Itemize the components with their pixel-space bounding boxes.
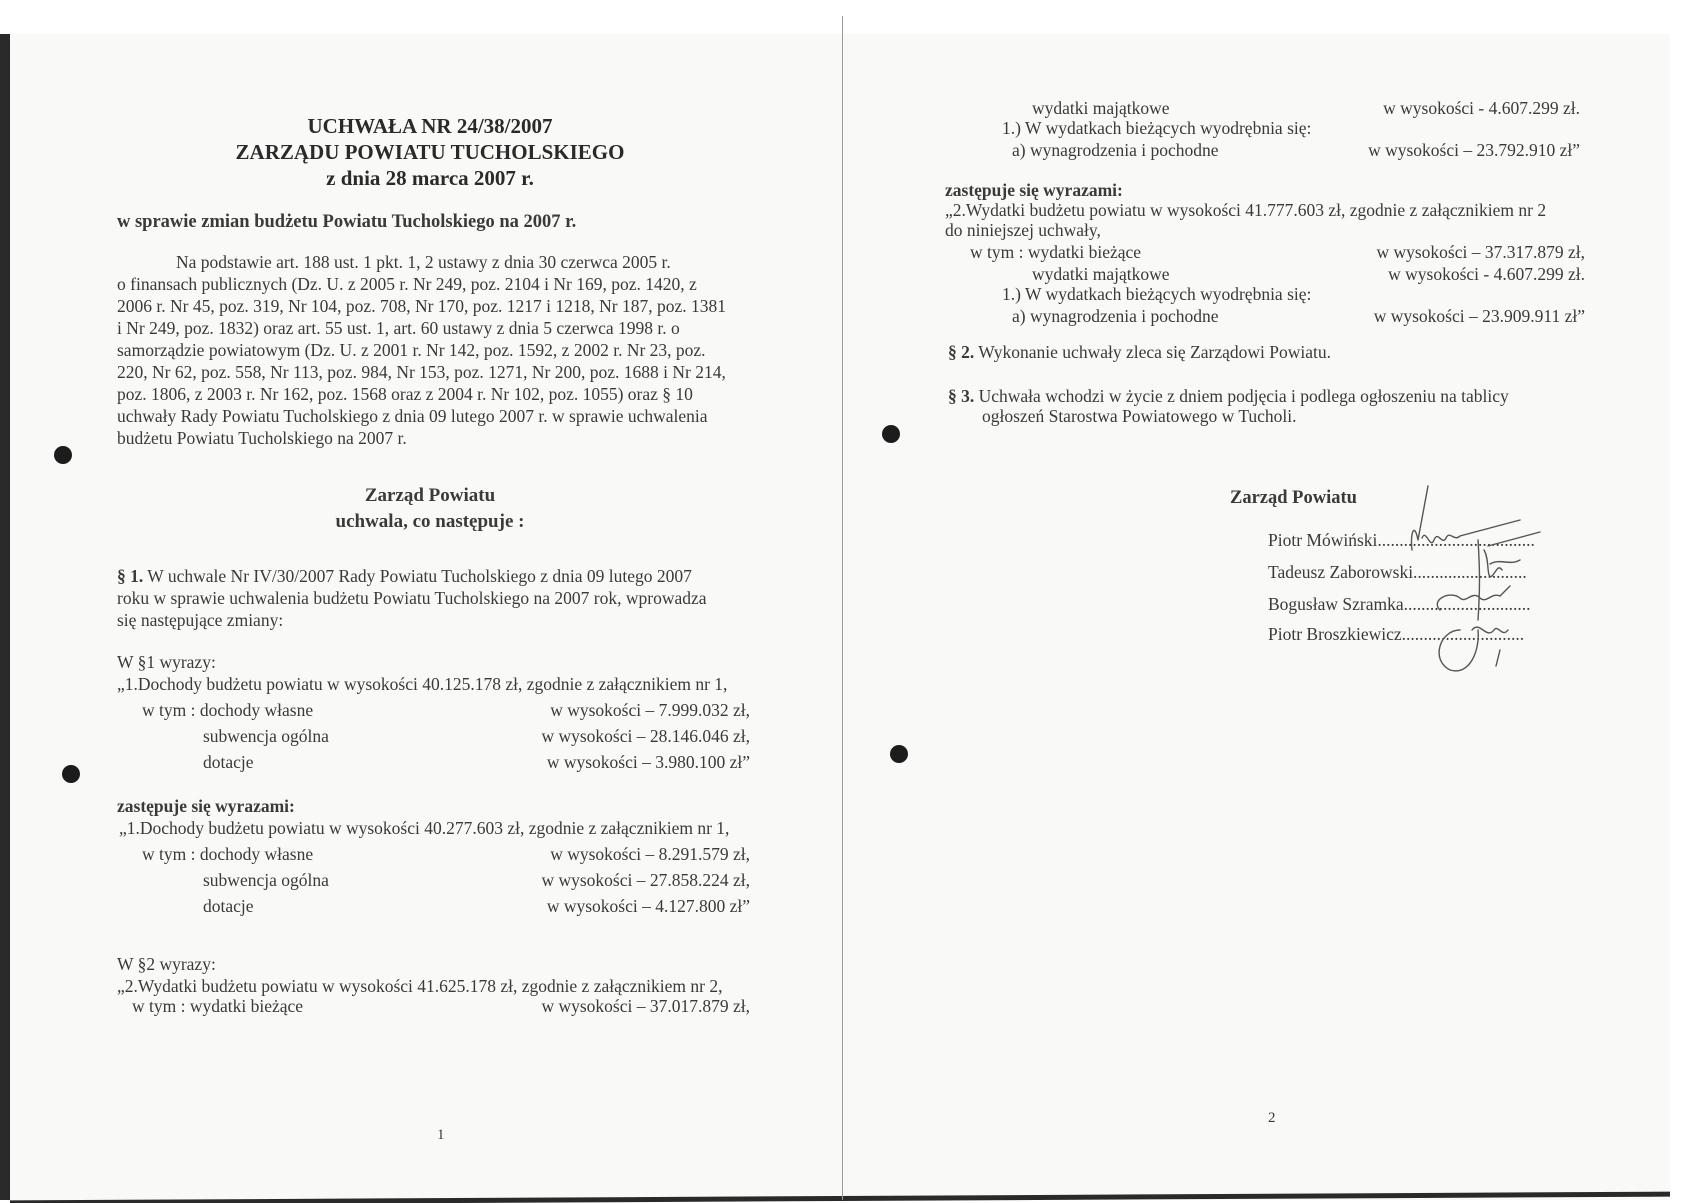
paragraph-label: § 1. — [117, 566, 143, 586]
scan-edge-left — [0, 34, 10, 1200]
row-value: w wysokości – 7.999.032 zł, — [450, 700, 750, 720]
row-value: w wysokości – 37.317.879 zł, — [1280, 242, 1585, 262]
revenue-headline: „1.Dochody budżetu powiatu w wysokości 4… — [119, 818, 729, 838]
board-resolves: uchwala, co następuje : — [180, 512, 680, 532]
page-number: 1 — [437, 1125, 445, 1145]
row-value: w wysokości – 27.858.224 zł, — [450, 870, 750, 890]
paragraph-text: ogłoszeń Starostwa Powiatowego w Tucholi… — [982, 406, 1297, 426]
revenue-headline: „1.Dochody budżetu powiatu w wysokości 4… — [117, 674, 727, 694]
row-label: subwencja ogólna — [203, 870, 329, 890]
board-heading: Zarząd Powiatu — [180, 486, 680, 506]
paragraph-text: Uchwała wchodzi w życie z dniem podjęcia… — [974, 386, 1509, 406]
legal-basis-line: uchwały Rady Powiatu Tucholskiego z dnia… — [117, 406, 708, 426]
row-label: w tym : dochody własne — [142, 700, 313, 720]
row-value: w wysokości – 3.980.100 zł” — [450, 752, 750, 772]
legal-basis-line: samorządzie powiatowym (Dz. U. z 2001 r.… — [117, 340, 706, 360]
resolution-date: z dnia 28 marca 2007 r. — [180, 168, 680, 188]
legal-basis-line: Na podstawie art. 188 ust. 1 pkt. 1, 2 u… — [176, 252, 671, 272]
expenditure-headline: do niniejszej uchwały, — [945, 220, 1101, 240]
handwritten-signatures-icon — [1400, 480, 1580, 680]
row-value: w wysokości – 23.909.911 zł” — [1280, 306, 1585, 326]
section-intro: W §2 wyrazy: — [117, 954, 216, 974]
legal-basis-line: 220, Nr 62, poz. 558, Nr 113, poz. 984, … — [117, 362, 726, 382]
row-value: w wysokości – 37.017.879 zł, — [450, 996, 750, 1016]
row-label: 1.) W wydatkach bieżących wyodrębnia się… — [1002, 118, 1311, 138]
resolution-issuer: ZARZĄDU POWIATU TUCHOLSKIEGO — [180, 142, 680, 162]
punch-hole-icon — [890, 745, 908, 763]
section-intro: zastępuje się wyrazami: — [117, 796, 295, 816]
legal-basis-line: 2006 r. Nr 45, poz. 319, Nr 104, poz. 70… — [117, 296, 726, 316]
punch-hole-icon — [54, 446, 72, 464]
row-label: w tym : wydatki bieżące — [970, 242, 1141, 262]
expenditure-headline: „2.Wydatki budżetu powiatu w wysokości 4… — [945, 200, 1546, 220]
paragraph-text: roku w sprawie uchwalenia budżetu Powiat… — [117, 588, 707, 608]
row-value: w wysokości – 8.291.579 zł, — [450, 844, 750, 864]
resolution-subject: w sprawie zmian budżetu Powiatu Tucholsk… — [117, 212, 576, 232]
legal-basis-line: budżetu Powiatu Tucholskiego na 2007 r. — [117, 428, 407, 448]
row-value: w wysokości - 4.607.299 zł. — [1280, 264, 1585, 284]
legal-basis-line: i Nr 249, poz. 1832) oraz art. 55 ust. 1… — [117, 318, 680, 338]
row-value: w wysokości – 23.792.910 zł” — [1280, 140, 1580, 160]
legal-basis-line: poz. 1806, z 2003 r. Nr 162, poz. 1568 o… — [117, 384, 693, 404]
paragraph-text: W uchwale Nr IV/30/2007 Rady Powiatu Tuc… — [143, 566, 692, 586]
punch-hole-icon — [62, 765, 80, 783]
scanned-document: UCHWAŁA NR 24/38/2007 ZARZĄDU POWIATU TU… — [0, 0, 1695, 1203]
signature-heading: Zarząd Powiatu — [1230, 488, 1357, 508]
row-label: wydatki majątkowe — [1032, 98, 1170, 118]
row-label: dotacje — [203, 752, 254, 772]
paragraph-text: Wykonanie uchwały zleca się Zarządowi Po… — [974, 342, 1331, 362]
punch-hole-icon — [882, 425, 900, 443]
row-label: 1.) W wydatkach bieżących wyodrębnia się… — [1002, 284, 1311, 304]
row-label: w tym : wydatki bieżące — [132, 996, 303, 1016]
paragraph-label: § 3. — [948, 386, 974, 406]
row-label: wydatki majątkowe — [1032, 264, 1170, 284]
row-value: w wysokości – 4.127.800 zł” — [450, 896, 750, 916]
paragraph-text: się następujące zmiany: — [117, 610, 283, 630]
row-label: subwencja ogólna — [203, 726, 329, 746]
legal-basis-line: o finansach publicznych (Dz. U. z 2005 r… — [117, 274, 697, 294]
row-label: w tym : dochody własne — [142, 844, 313, 864]
paragraph-label: § 2. — [948, 342, 974, 362]
page-number: 2 — [1268, 1108, 1276, 1128]
row-label: a) wynagrodzenia i pochodne — [1012, 140, 1219, 160]
section-intro: W §1 wyrazy: — [117, 652, 216, 672]
row-value: w wysokości – 28.146.046 zł, — [450, 726, 750, 746]
expenditure-headline: „2.Wydatki budżetu powiatu w wysokości 4… — [117, 976, 722, 996]
row-label: a) wynagrodzenia i pochodne — [1012, 306, 1219, 326]
row-label: dotacje — [203, 896, 254, 916]
resolution-title: UCHWAŁA NR 24/38/2007 — [180, 116, 680, 136]
page-fold-divider — [842, 16, 843, 1200]
paragraph-2: § 2. Wykonanie uchwały zleca się Zarządo… — [948, 342, 1331, 362]
row-value: w wysokości - 4.607.299 zł. — [1280, 98, 1580, 118]
section-intro: zastępuje się wyrazami: — [945, 180, 1123, 200]
